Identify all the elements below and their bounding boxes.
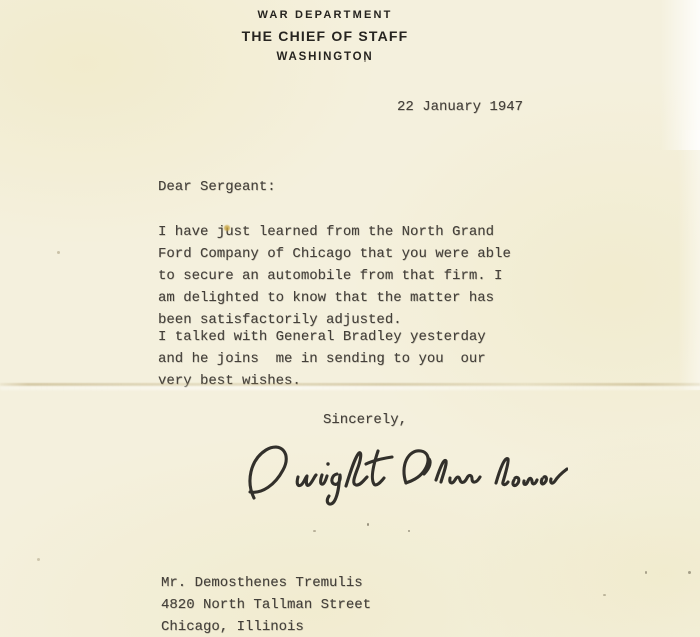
- paper-speck: [57, 251, 60, 254]
- paper-speck: [603, 594, 606, 596]
- fold-crease-highlight: [0, 386, 700, 390]
- paper-speck: [688, 571, 691, 574]
- paper-stain: [224, 225, 230, 231]
- body-paragraph-1: I have just learned from the North Grand…: [158, 221, 511, 331]
- paper-speck: [364, 60, 366, 62]
- paper-speck: [408, 530, 410, 532]
- letterhead-city: WASHINGTON: [0, 51, 650, 63]
- paper-speck: [313, 530, 316, 532]
- paper-speck: [645, 571, 647, 574]
- scan-edge-highlight: [660, 0, 700, 150]
- date-line: 22 January 1947: [397, 96, 523, 118]
- recipient-address-block: Mr. Demosthenes Tremulis 4820 North Tall…: [161, 572, 371, 637]
- letterhead-office: THE CHIEF OF STAFF: [0, 28, 650, 44]
- paper-speck: [367, 523, 369, 526]
- closing: Sincerely,: [323, 409, 407, 431]
- signature-handwriting: [238, 430, 568, 520]
- paper-speck: [37, 558, 40, 561]
- scan-edge-highlight: [678, 130, 700, 390]
- salutation: Dear Sergeant:: [158, 176, 276, 198]
- letterhead-department: WAR DEPARTMENT: [0, 9, 650, 21]
- letter-scan: WAR DEPARTMENT THE CHIEF OF STAFF WASHIN…: [0, 0, 700, 637]
